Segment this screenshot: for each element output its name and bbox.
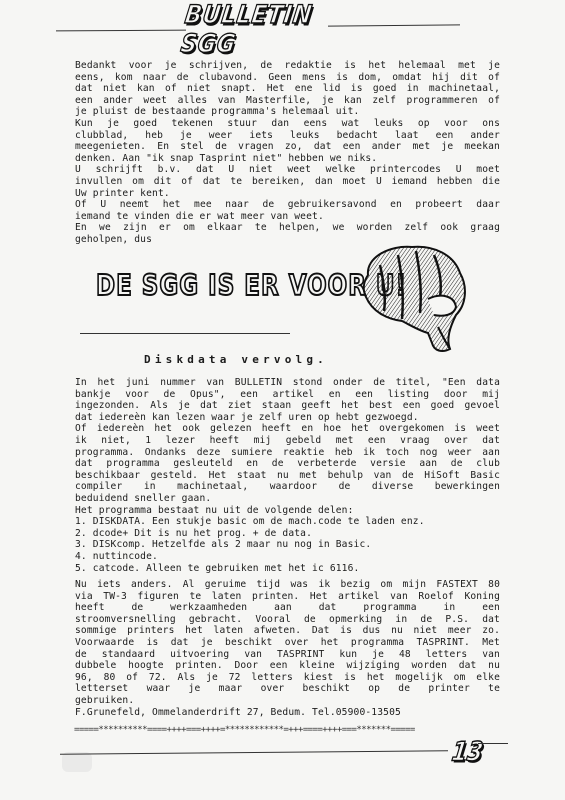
diskdata-article-text: In het juni nummer van BULLETIN stond on… [75,377,500,574]
text-line: Bedankt voor je schrijven, de redaktie i… [75,60,500,72]
text-line: Voorwaarde is dat je beschikt over het p… [75,637,500,649]
text-line: In het juni nummer van BULLETIN stond on… [75,377,500,389]
text-line: invullen om dit of dat te bereiken, dan … [75,176,500,188]
text-line: Kun je goed tekenen stuur dan eens wat l… [75,118,500,130]
text-line: clubblad, heb je weer iets leuks bedacht… [75,130,500,142]
masthead-title: BULLETIN SGG [179,1,337,59]
text-line: de standaard uitvoering van TASPRINT kun… [75,649,500,661]
fastext-article-text: Nu iets anders. Al geruime tijd was ik b… [75,579,500,718]
text-line: programma. Ondanks deze sumiere reaktie … [75,447,500,459]
text-line: dubbele hoogte printen. Door een kleine … [75,660,500,672]
text-line: 5. catcode. Alleen te gebruiken met het … [75,563,500,575]
text-line: 4. nuttincode. [75,551,500,563]
text-line: dat programma gesleuteld en de verbeterd… [75,458,500,470]
header-rule-left [56,30,186,32]
separator-line: =====**********====++++===++++=*********… [74,725,504,735]
text-line: meegenieten. En stel de vragen zo, dat e… [75,141,500,153]
footer-rule-right [478,743,508,744]
text-line: een ander weet alles van Masterfile, je … [75,95,500,107]
text-line: ingezonden. Als je dat ziet staan geeft … [75,400,500,412]
text-line: F.Grunefeld, Ommelanderdrift 27, Bedum. … [75,707,500,719]
text-line: via TW-3 figuren te laten printen. Het a… [75,591,500,603]
pointing-fist-icon [350,235,475,357]
text-line: ik niet, 1 lezer heeft mij gebeld met ee… [75,435,500,447]
article-heading: Diskdata vervolg. [144,353,404,366]
text-line: Of U neemt het mee naar de gebruikersavo… [75,199,500,211]
text-line: dat niet kan of niet snapt. Het ene lid … [75,83,500,95]
page-number-text: 13 [450,737,485,767]
text-line: heeft de werkzaamheden aan dat programma… [75,602,500,614]
text-line: 96, 80 of 72. Als je 72 letters kiest is… [75,672,500,684]
text-line: compiler in machinetaal, waardoor de div… [75,481,500,493]
intro-text: Bedankt voor je schrijven, de redaktie i… [75,60,500,246]
text-line: denken. Aan "ik snap Tasprint niet" hebb… [75,153,500,165]
text-line: 3. DISKcomp. Hetzelfde als 2 maar nu nog… [75,539,500,551]
text-line: beschikbaar gesteld. Het staat nu met be… [75,470,500,482]
text-line: iemand te vinden die er wat meer van wee… [75,211,500,223]
text-line: U schrijft b.v. dat U niet weet welke pr… [75,164,500,176]
text-line: eens, kom naar de clubavond. Geen mens i… [75,72,500,84]
text-line: letterset waar je maar over beschikt op … [75,683,500,695]
text-line: sommige printers het laten afweten. Dat … [75,625,500,637]
text-line: je pluist de bestaande programma's helem… [75,106,500,118]
text-line: dat iedereèn kan lezen waar je zelf uren… [75,412,500,424]
text-line: beduidend sneller gaan. [75,493,500,505]
text-line: Het programma bestaat nu uit de volgende… [75,505,500,517]
header-rule-right [328,24,460,26]
magazine-page: BULLETIN SGG Bedankt voor je schrijven, … [0,0,565,800]
text-line: gebruiken. [75,695,500,707]
text-line: Uw printer kent. [75,188,500,200]
banner-rule [80,333,290,334]
text-line: bankje voor de Opus", een artikel en een… [75,389,500,401]
text-line: Nu iets anders. Al geruime tijd was ik b… [75,579,500,591]
text-line: En we zijn er om elkaar te helpen, we wo… [75,222,500,234]
text-line: stroomversnelling gebracht. Vooral de op… [75,614,500,626]
masthead: BULLETIN SGG [183,15,333,45]
text-line: Of iedereèn het ook gelezen heeft en hoe… [75,423,500,435]
text-line: 2. dcode+ Dit is nu het prog. + de data. [75,528,500,540]
scan-smudge [62,752,92,772]
footer-rule [60,750,448,754]
text-line: 1. DISKDATA. Een stukje basic om de mach… [75,516,500,528]
banner: DE SGG IS ER VOOR U! [96,268,296,304]
